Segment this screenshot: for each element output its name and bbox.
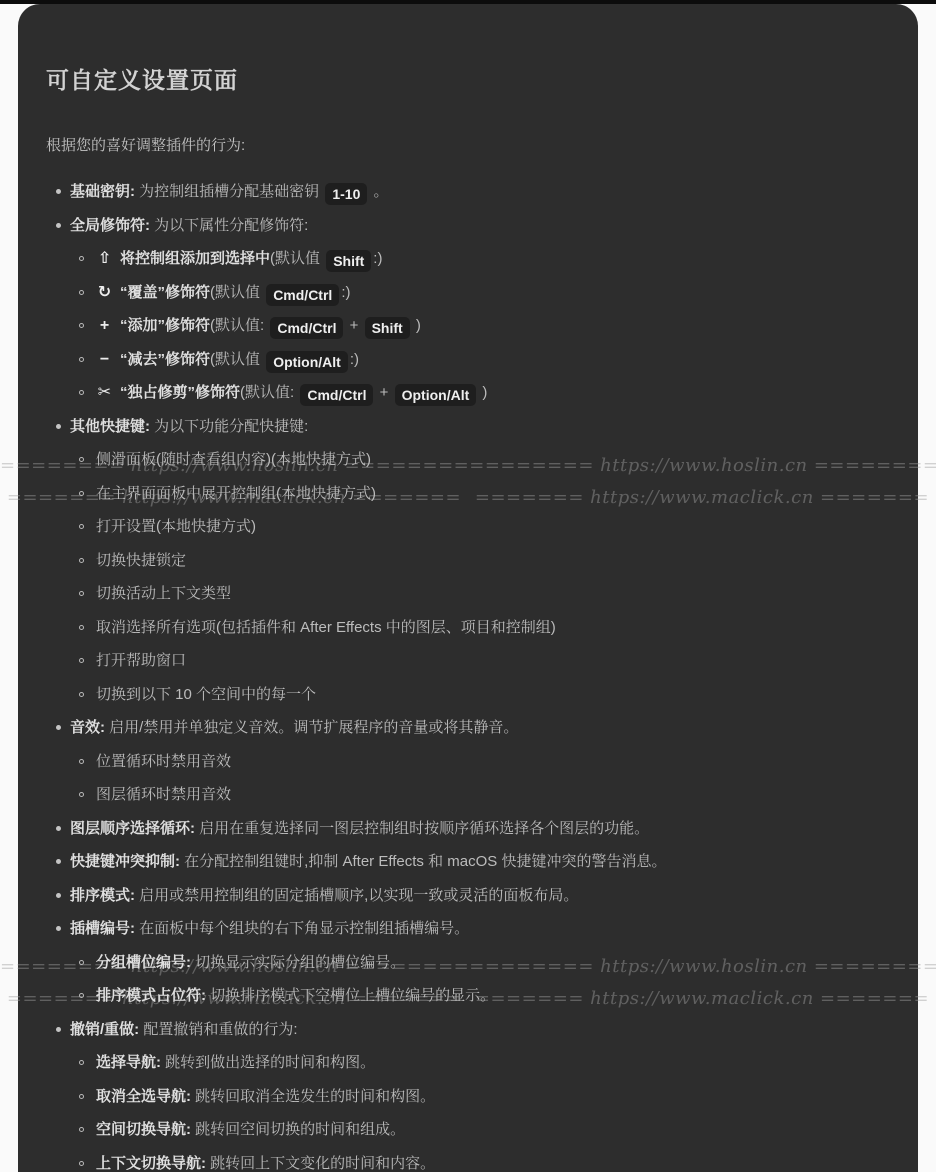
circle-bullet-icon	[79, 692, 84, 697]
item-text: )	[478, 384, 487, 401]
item-label: 分组槽位编号:	[96, 954, 191, 971]
item-text: 侧滑面板(随时查看组内容)(本地快捷方式)	[96, 451, 371, 468]
circle-bullet-icon	[79, 457, 84, 462]
list-item: 排序模式占位符: 切换排序模式下空槽位上槽位编号的显示。	[46, 986, 890, 1006]
item-label: 选择导航:	[96, 1054, 161, 1071]
item-text: )	[412, 317, 421, 334]
minus-icon: −	[96, 350, 113, 370]
item-text: +	[345, 317, 362, 334]
circle-bullet-icon	[79, 524, 84, 529]
item-label: 排序模式占位符:	[96, 987, 206, 1004]
list-item: 位置循环时禁用音效	[46, 752, 890, 772]
item-text: :)	[350, 351, 359, 368]
list-item: 音效: 启用/禁用并单独定义音效。调节扩展程序的音量或将其静音。	[46, 718, 890, 738]
item-label: 其他快捷键:	[70, 418, 150, 435]
item-label: 基础密钥:	[70, 183, 135, 200]
kbd-badge: Shift	[326, 250, 371, 272]
item-text: 配置撤销和重做的行为:	[139, 1021, 297, 1038]
list-item: 其他快捷键: 为以下功能分配快捷键:	[46, 417, 890, 437]
item-label: 排序模式:	[70, 887, 135, 904]
list-item: 取消全选导航: 跳转回取消全选发生的时间和构图。	[46, 1087, 890, 1107]
item-text: 在面板中每个组块的右下角显示控制组插槽编号。	[135, 920, 469, 937]
list-item: 基础密钥: 为控制组插槽分配基础密钥 1-10 。	[46, 182, 890, 202]
circle-bullet-icon	[79, 1060, 84, 1065]
disc-bullet-icon	[56, 893, 61, 898]
list-item: 插槽编号: 在面板中每个组块的右下角显示控制组插槽编号。	[46, 919, 890, 939]
item-text: 跳转回上下文变化的时间和内容。	[206, 1155, 435, 1172]
item-label: 将控制组添加到选择中	[120, 250, 270, 267]
circle-bullet-icon	[79, 256, 84, 261]
shift-icon: ⇧	[96, 249, 113, 269]
disc-bullet-icon	[56, 926, 61, 931]
list-item: 分组槽位编号: 切换显示实际分组的槽位编号。	[46, 953, 890, 973]
circle-bullet-icon	[79, 1094, 84, 1099]
list-item: ✂“独占修剪”修饰符(默认值: Cmd/Ctrl + Option/Alt )	[46, 383, 890, 403]
item-text: 打开帮助窗口	[96, 652, 186, 669]
settings-list: 基础密钥: 为控制组插槽分配基础密钥 1-10 。全局修饰符: 为以下属性分配修…	[46, 182, 890, 1172]
kbd-badge: Option/Alt	[266, 351, 348, 373]
item-label: 音效:	[70, 719, 105, 736]
item-label: 取消全选导航:	[96, 1088, 191, 1105]
kbd-badge: Shift	[365, 317, 410, 339]
item-text: (默认值:	[210, 317, 268, 334]
cycle-icon: ↻	[96, 283, 113, 303]
disc-bullet-icon	[56, 725, 61, 730]
list-item: ↻“覆盖”修饰符(默认值 Cmd/Ctrl:)	[46, 283, 890, 303]
list-item: 空间切换导航: 跳转回空间切换的时间和组成。	[46, 1120, 890, 1140]
list-item: 打开设置(本地快捷方式)	[46, 517, 890, 537]
disc-bullet-icon	[56, 189, 61, 194]
list-item: 快捷键冲突抑制: 在分配控制组键时,抑制 After Effects 和 mac…	[46, 852, 890, 872]
item-text: 打开设置(本地快捷方式)	[96, 518, 256, 535]
item-text: 位置循环时禁用音效	[96, 753, 231, 770]
item-text: 切换活动上下文类型	[96, 585, 231, 602]
list-item: −“减去”修饰符(默认值 Option/Alt:)	[46, 350, 890, 370]
item-text: 切换快捷锁定	[96, 552, 186, 569]
list-item: 图层循环时禁用音效	[46, 785, 890, 805]
list-item: 切换快捷锁定	[46, 551, 890, 571]
disc-bullet-icon	[56, 424, 61, 429]
item-text: (默认值	[210, 284, 264, 301]
list-item: 切换活动上下文类型	[46, 584, 890, 604]
circle-bullet-icon	[79, 993, 84, 998]
item-label: “独占修剪”修饰符	[120, 384, 240, 401]
item-text: 跳转回取消全选发生的时间和构图。	[191, 1088, 435, 1105]
item-text: +	[375, 384, 392, 401]
item-label: 撤销/重做:	[70, 1021, 139, 1038]
item-text: 为以下功能分配快捷键:	[150, 418, 308, 435]
list-item: 图层顺序选择循环: 启用在重复选择同一图层控制组时按顺序循环选择各个图层的功能。	[46, 819, 890, 839]
item-label: 空间切换导航:	[96, 1121, 191, 1138]
item-text: 图层循环时禁用音效	[96, 786, 231, 803]
kbd-badge: Cmd/Ctrl	[266, 284, 339, 306]
item-text: 启用/禁用并单独定义音效。调节扩展程序的音量或将其静音。	[105, 719, 518, 736]
circle-bullet-icon	[79, 792, 84, 797]
item-text: 切换显示实际分组的槽位编号。	[191, 954, 405, 971]
item-text: 切换到以下 10 个空间中的每一个	[96, 686, 316, 703]
item-text: 启用或禁用控制组的固定插槽顺序,以实现一致或灵活的面板布局。	[135, 887, 578, 904]
circle-bullet-icon	[79, 390, 84, 395]
list-item: 全局修饰符: 为以下属性分配修饰符:	[46, 216, 890, 236]
doc-panel: 可自定义设置页面 根据您的喜好调整插件的行为: 基础密钥: 为控制组插槽分配基础…	[18, 4, 918, 1172]
circle-bullet-icon	[79, 558, 84, 563]
circle-bullet-icon	[79, 1161, 84, 1166]
circle-bullet-icon	[79, 491, 84, 496]
item-text: 。	[369, 183, 388, 200]
list-item: 在主界面面板中展开控制组(本地快捷方式)	[46, 484, 890, 504]
item-text: 跳转回空间切换的时间和组成。	[191, 1121, 405, 1138]
kbd-badge: Cmd/Ctrl	[270, 317, 343, 339]
scissors-icon: ✂	[96, 383, 113, 403]
item-label: 上下文切换导航:	[96, 1155, 206, 1172]
intro-text: 根据您的喜好调整插件的行为:	[46, 136, 890, 156]
item-text: 启用在重复选择同一图层控制组时按顺序循环选择各个图层的功能。	[195, 820, 649, 837]
circle-bullet-icon	[79, 658, 84, 663]
item-text: (默认值	[270, 250, 324, 267]
list-item: 切换到以下 10 个空间中的每一个	[46, 685, 890, 705]
list-item: 打开帮助窗口	[46, 651, 890, 671]
item-text: 为以下属性分配修饰符:	[150, 217, 308, 234]
item-label: “添加”修饰符	[120, 317, 210, 334]
circle-bullet-icon	[79, 591, 84, 596]
kbd-badge: 1-10	[325, 183, 367, 205]
list-item: 取消选择所有选项(包括插件和 After Effects 中的图层、项目和控制组…	[46, 618, 890, 638]
item-text: 跳转到做出选择的时间和构图。	[161, 1054, 375, 1071]
doc-content: 可自定义设置页面 根据您的喜好调整插件的行为: 基础密钥: 为控制组插槽分配基础…	[18, 4, 918, 1172]
disc-bullet-icon	[56, 223, 61, 228]
item-text: :)	[341, 284, 350, 301]
disc-bullet-icon	[56, 1027, 61, 1032]
circle-bullet-icon	[79, 290, 84, 295]
disc-bullet-icon	[56, 859, 61, 864]
item-text: :)	[373, 250, 382, 267]
circle-bullet-icon	[79, 1127, 84, 1132]
item-text: 取消选择所有选项(包括插件和 After Effects 中的图层、项目和控制组…	[96, 619, 556, 636]
item-label: 图层顺序选择循环:	[70, 820, 195, 837]
item-label: 全局修饰符:	[70, 217, 150, 234]
circle-bullet-icon	[79, 625, 84, 630]
circle-bullet-icon	[79, 323, 84, 328]
list-item: 侧滑面板(随时查看组内容)(本地快捷方式)	[46, 450, 890, 470]
list-item: ⇧将控制组添加到选择中(默认值 Shift:)	[46, 249, 890, 269]
list-item: 上下文切换导航: 跳转回上下文变化的时间和内容。	[46, 1154, 890, 1172]
circle-bullet-icon	[79, 960, 84, 965]
item-text: (默认值	[210, 351, 264, 368]
item-text: (默认值:	[240, 384, 298, 401]
page-title: 可自定义设置页面	[46, 66, 890, 94]
item-text: 在主界面面板中展开控制组(本地快捷方式)	[96, 485, 376, 502]
list-item: 排序模式: 启用或禁用控制组的固定插槽顺序,以实现一致或灵活的面板布局。	[46, 886, 890, 906]
list-item: 撤销/重做: 配置撤销和重做的行为:	[46, 1020, 890, 1040]
item-label: “减去”修饰符	[120, 351, 210, 368]
item-label: 快捷键冲突抑制:	[70, 853, 180, 870]
item-label: “覆盖”修饰符	[120, 284, 210, 301]
kbd-badge: Option/Alt	[395, 384, 477, 406]
kbd-badge: Cmd/Ctrl	[300, 384, 373, 406]
circle-bullet-icon	[79, 759, 84, 764]
plus-icon: +	[96, 316, 113, 336]
item-text: 为控制组插槽分配基础密钥	[135, 183, 323, 200]
circle-bullet-icon	[79, 357, 84, 362]
item-text: 切换排序模式下空槽位上槽位编号的显示。	[206, 987, 495, 1004]
item-label: 插槽编号:	[70, 920, 135, 937]
item-text: 在分配控制组键时,抑制 After Effects 和 macOS 快捷键冲突的…	[180, 853, 666, 870]
disc-bullet-icon	[56, 826, 61, 831]
list-item: +“添加”修饰符(默认值: Cmd/Ctrl + Shift )	[46, 316, 890, 336]
list-item: 选择导航: 跳转到做出选择的时间和构图。	[46, 1053, 890, 1073]
